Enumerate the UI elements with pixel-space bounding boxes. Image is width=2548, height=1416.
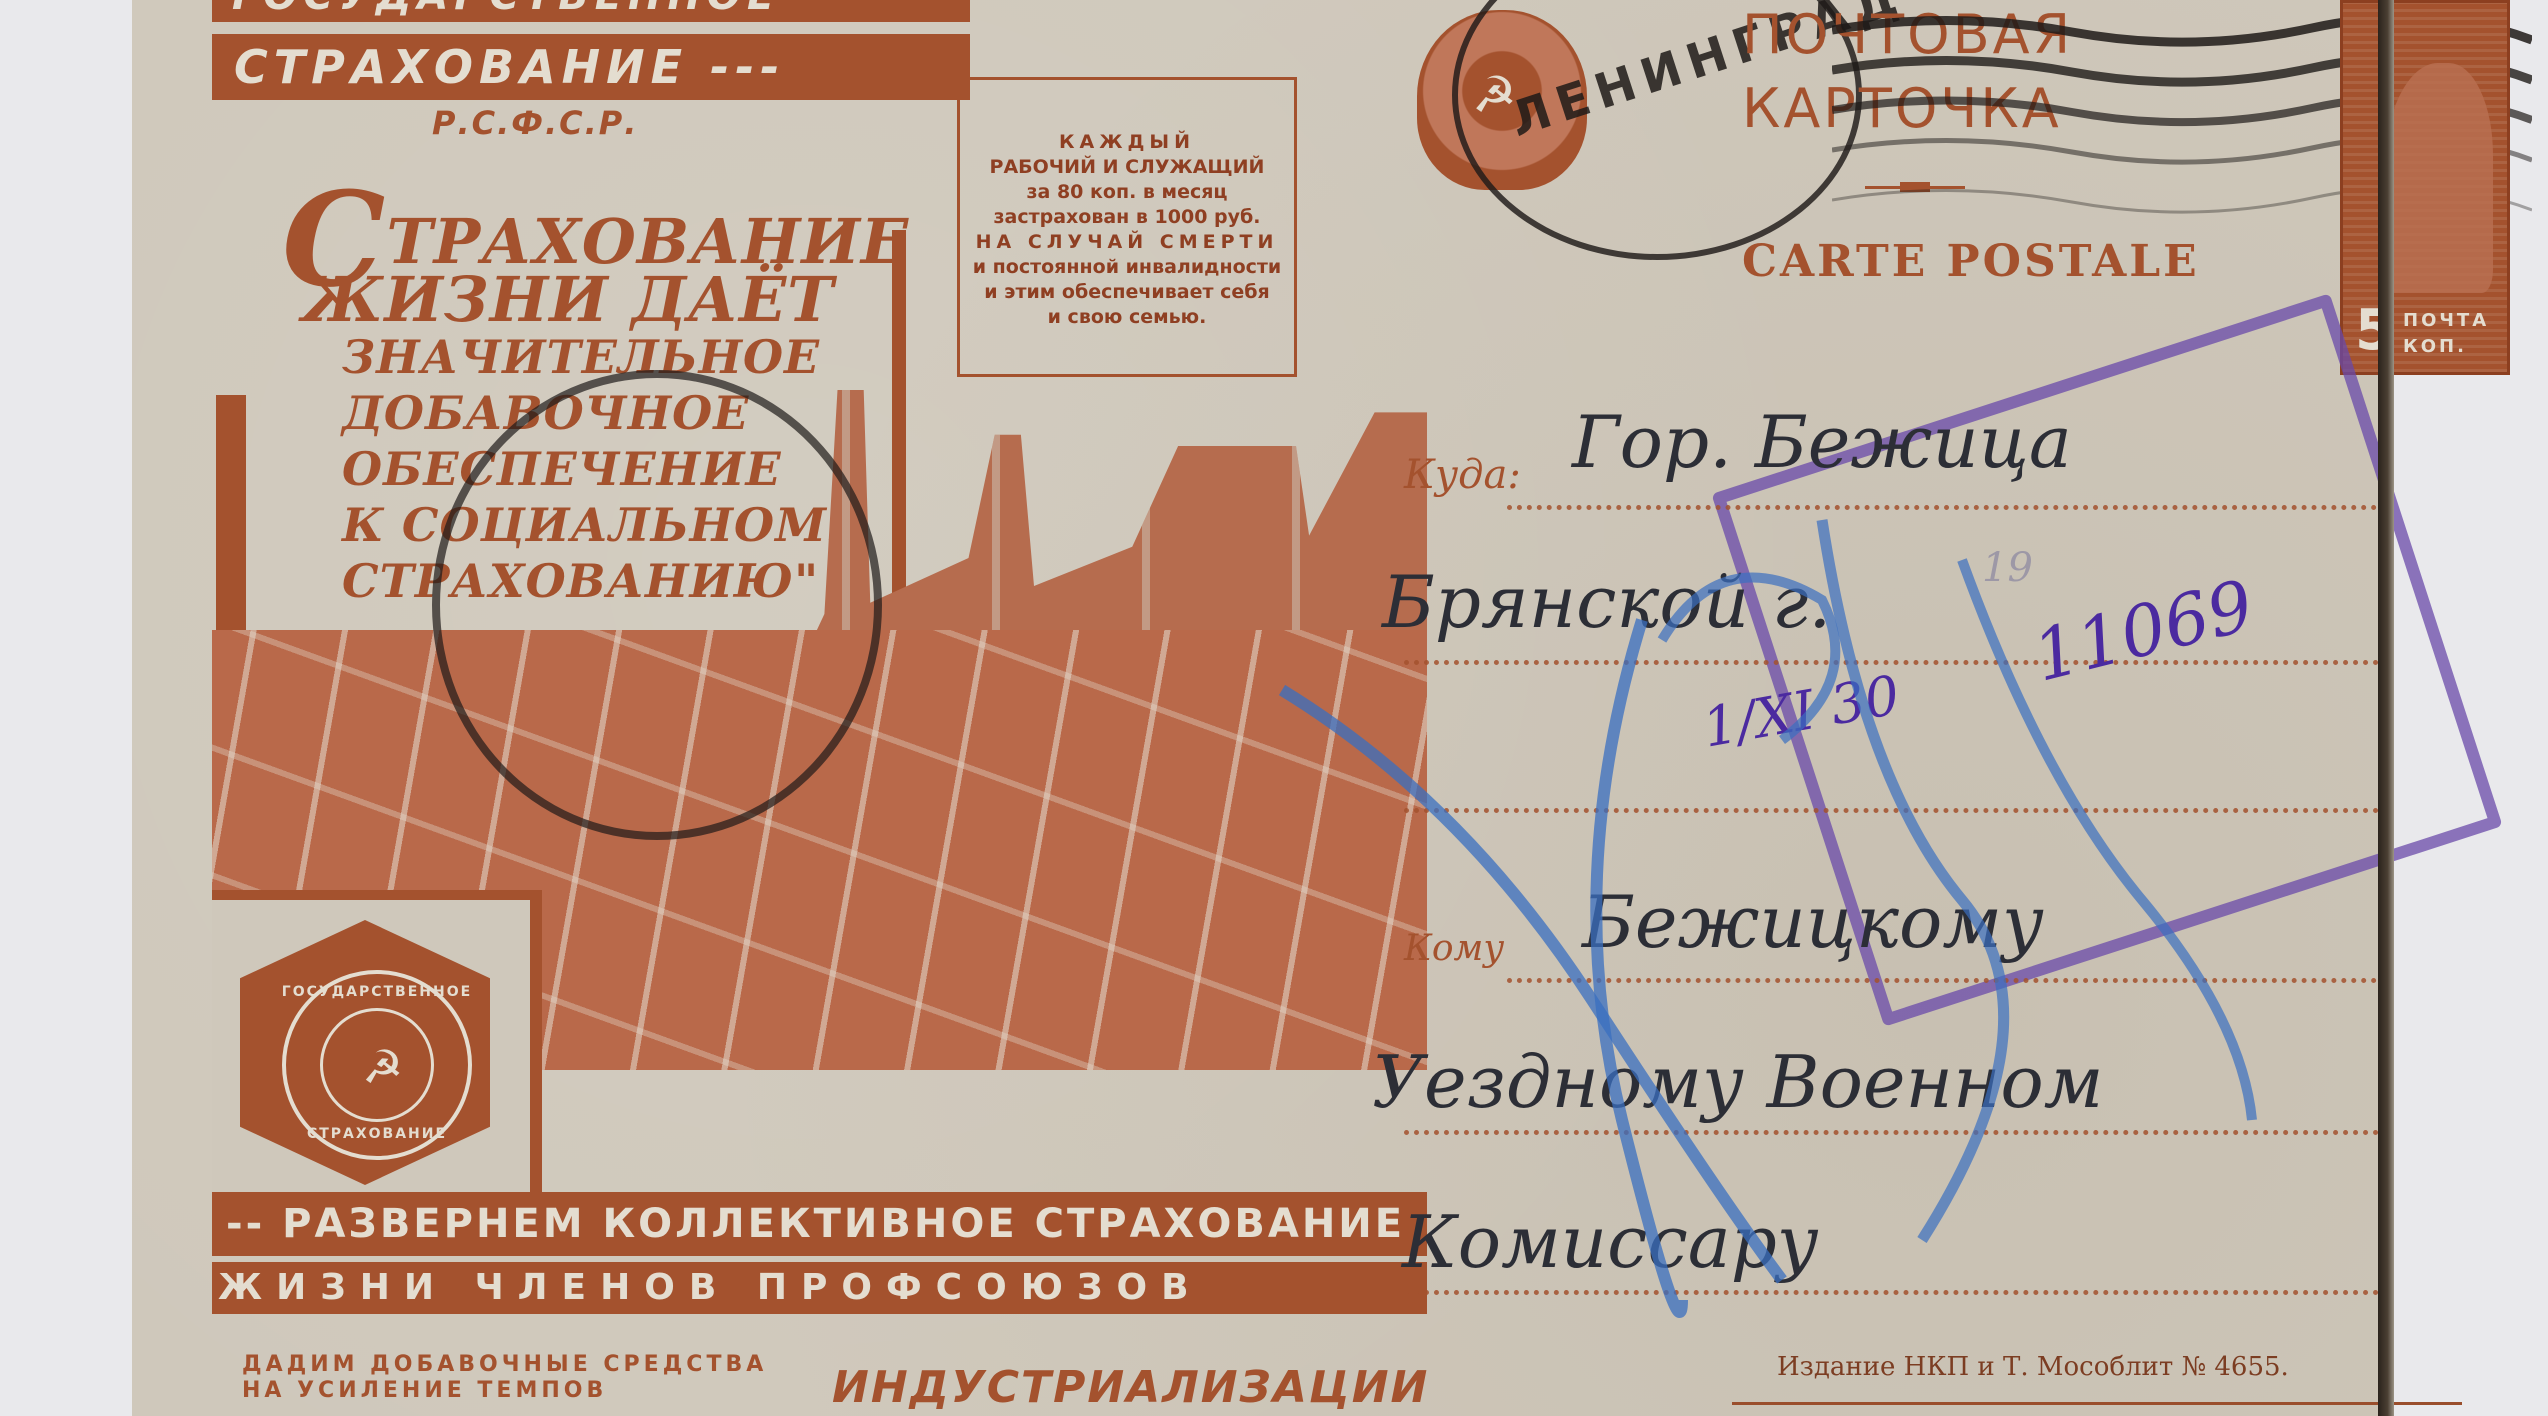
handwritten-region: Брянской г. [1382,560,1831,644]
worker-portrait [2383,63,2493,293]
info-line: за 80 коп. в месяц [960,180,1294,205]
info-box: КАЖДЫЙ РАБОЧИЙ И СЛУЖАЩИЙ за 80 коп. в м… [957,77,1297,377]
info-line: РАБОЧИЙ И СЛУЖАЩИЙ [960,155,1294,180]
handwritten-recipient-3: Комиссару [1402,1200,1819,1284]
info-line: КАЖДЫЙ [960,130,1294,155]
postcard: ГОСУДАРСТВЕННОЕ СТРАХОВАНИЕ --- Р.С.Ф.С.… [132,0,2392,1416]
info-line: НА СЛУЧАЙ СМЕРТИ [960,230,1294,255]
insurance-badge-area: ГОСУДАРСТВЕННОЕ ☭ СТРАХОВАНИЕ [212,890,542,1202]
address-line [1507,978,2377,983]
badge-top-text: ГОСУДАРСТВЕННОЕ [212,984,542,1000]
banner-collective-insurance: -- РАЗВЕРНЕМ КОЛЛЕКТИВНОЕ СТРАХОВАНИЕ [212,1192,1427,1256]
info-line: и этим обеспечивает себя [960,280,1294,305]
address-line [1404,1290,2379,1295]
banner-insurance: СТРАХОВАНИЕ --- [212,34,970,100]
hammer-sickle-icon: ☭ [362,1040,403,1094]
handwritten-recipient-2: Уездному Военном [1372,1040,2103,1124]
address-line [1404,1130,2379,1135]
badge-bottom-text: СТРАХОВАНИЕ [212,1126,542,1142]
to-whom-label: Кому [1404,928,1504,969]
banner-state: ГОСУДАРСТВЕННОЕ [212,0,970,22]
round-postmark-left [432,370,882,840]
handwritten-city: Гор. Бежица [1572,400,2072,484]
bottom-rule [1732,1402,2462,1405]
handwritten-recipient-1: Бежицкому [1582,880,2044,964]
stamp-text: ПОЧТА КОП. [2403,308,2489,360]
info-line: и свою семью. [960,305,1294,330]
to-where-label: Куда: [1404,452,1521,498]
slogan-line: СТРАХОВАНИЕ [222,210,1002,271]
footer-line: НА УСИЛЕНИЕ ТЕМПОВ [242,1378,767,1404]
footer-industrialization: ИНДУСТРИАЛИЗАЦИИ [832,1362,1429,1413]
footer-line: ДАДИМ ДОБАВОЧНЫЕ СРЕДСТВА [242,1352,767,1378]
card-edge-shadow [2378,0,2394,1416]
address-line [1507,505,2377,510]
info-line: и постоянной инвалидности [960,255,1294,280]
slogan-line: ЖИЗНИ ДАЁТ [222,271,1002,329]
rsfsr-label: Р.С.Ф.С.Р. [432,104,638,142]
footer-small-text: ДАДИМ ДОБАВОЧНЫЕ СРЕДСТВА НА УСИЛЕНИЕ ТЕ… [242,1352,767,1404]
postage-stamp: 5 ПОЧТА КОП. [2340,0,2510,375]
stamp-year-prefix: 19 [1982,545,2033,591]
info-line: застрахован в 1000 руб. [960,205,1294,230]
banner-trade-unions: ЖИЗНИ ЧЛЕНОВ ПРОФСОЮЗОВ [212,1262,1427,1314]
address-line [1404,808,2379,813]
publisher-imprint: Издание НКП и Т. Мособлит № 4655. [1777,1352,2289,1382]
